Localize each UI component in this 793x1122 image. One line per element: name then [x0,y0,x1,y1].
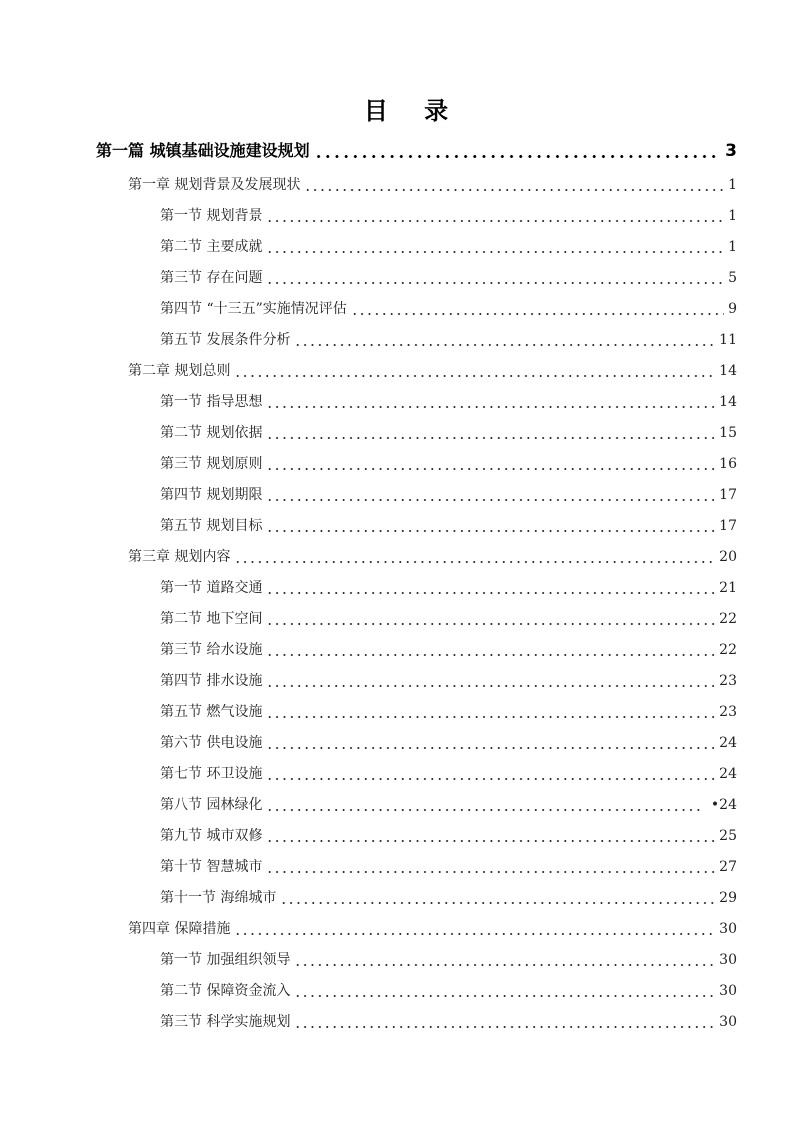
toc-entry-label: 第九节 城市双修 [160,825,264,847]
dot-leader [294,329,715,351]
toc-entry-page: 24 [719,763,737,785]
toc-entry-label: 第五节 燃气设施 [160,701,264,723]
toc-entry-label: 第三节 规划原则 [160,453,264,475]
toc-entry-page: 25 [719,825,737,847]
dot-leader [266,701,715,723]
toc-entry-label: 第二章 规划总则 [128,360,232,382]
toc-entry-label: 第三节 给水设施 [160,639,264,661]
toc-entry-page: 17 [719,515,737,537]
dot-leader [266,236,724,258]
toc-entry-page: 23 [719,670,737,692]
toc-entry-page: 23 [719,701,737,723]
toc-entry-section[interactable]: 第二节 地下空间 22 [160,600,737,630]
toc-entry-label: 第三节 科学实施规划 [160,1011,292,1033]
toc-entry-chapter[interactable]: 第四章 保障措施 30 [128,910,737,940]
toc-entry-label: 第二节 地下空间 [160,608,264,630]
toc-entry-section[interactable]: 第六节 供电设施 24 [160,724,737,754]
toc-entry-label: 第四节 排水设施 [160,670,264,692]
toc-entry-section[interactable]: 第二节 规划依据 15 [160,414,737,444]
dot-leader [266,825,715,847]
toc-entry-section[interactable]: 第一节 指导思想 14 [160,383,737,413]
toc-entry-section[interactable]: 第三节 给水设施 22 [160,631,737,661]
dot-leader [266,794,702,816]
toc-entry-label: 第十一节 海绵城市 [160,887,278,909]
toc-entry-page: 30 [719,1011,737,1033]
toc-entry-section[interactable]: 第五节 燃气设施 23 [160,693,737,723]
dot-leader [234,546,715,568]
toc-entry-label: 第五节 发展条件分析 [160,329,292,351]
dot-leader [294,949,715,971]
dot-leader [266,391,715,413]
toc-entry-label: 第一节 指导思想 [160,391,264,413]
dot-leader [314,140,722,162]
toc-entry-label: 第三章 规划内容 [128,546,232,568]
toc-entry-page: 9 [728,298,737,320]
toc-entry-section[interactable]: 第七节 环卫设施 24 [160,755,737,785]
dot-leader [266,453,715,475]
toc-entry-section[interactable]: 第二节 保障资金流入 30 [160,972,737,1002]
toc-entry-label: 第四节 规划期限 [160,484,264,506]
toc-entry-page: 27 [719,856,737,878]
toc-entry-label: 第三节 存在问题 [160,267,264,289]
toc-entry-page: 30 [719,949,737,971]
dot-leader [266,856,715,878]
toc-entry-page: 30 [719,980,737,1002]
toc-entry-label: 第一章 规划背景及发展现状 [128,174,302,196]
dot-leader [266,205,724,227]
dot-leader [266,422,715,444]
toc-entry-section[interactable]: 第二节 主要成就 1 [160,228,737,258]
toc-entry-label: 第二节 保障资金流入 [160,980,292,1002]
toc-entry-page: 14 [719,360,737,382]
dot-leader [234,918,715,940]
dot-leader [234,360,715,382]
dot-leader [294,980,715,1002]
toc-entry-page: •24 [711,794,737,816]
toc-entry-section[interactable]: 第一节 规划背景 1 [160,197,737,227]
toc-entry-page: 3 [725,140,737,162]
toc-entry-page: 5 [728,267,737,289]
toc-title: 目 录 [0,93,793,129]
toc-entry-page: 16 [719,453,737,475]
toc-entry-page: 22 [719,639,737,661]
toc-entry-chapter[interactable]: 第三章 规划内容 20 [128,538,737,568]
toc-entry-label: 第五节 规划目标 [160,515,264,537]
toc-entry-label: 第一节 规划背景 [160,205,264,227]
toc-entry-section[interactable]: 第十一节 海绵城市 29 [160,879,737,909]
toc-entry-section[interactable]: 第四节 “十三五”实施情况评估 9 [160,290,737,320]
toc-entry-section[interactable]: 第五节 规划目标 17 [160,507,737,537]
toc-entry-section[interactable]: 第八节 园林绿化 •24 [160,786,737,816]
toc-entry-label: 第十节 智慧城市 [160,856,264,878]
toc-entry-label: 第四节 “十三五”实施情况评估 [160,298,349,320]
toc-entry-section[interactable]: 第四节 规划期限 17 [160,476,737,506]
toc-entry-section[interactable]: 第五节 发展条件分析 11 [160,321,737,351]
toc-entry-section[interactable]: 第三节 存在问题 5 [160,259,737,289]
dot-leader [266,670,715,692]
toc-entry-page: 1 [728,174,737,196]
dot-leader [266,639,715,661]
dot-leader [266,515,715,537]
toc-entry-page: 11 [719,329,737,351]
toc-entry-label: 第二节 规划依据 [160,422,264,444]
toc-entry-section[interactable]: 第三节 规划原则 16 [160,445,737,475]
toc-entry-page: 24 [719,732,737,754]
dot-leader [266,608,715,630]
dot-leader [351,298,724,320]
toc-entry-page: 30 [719,918,737,940]
toc-entry-section[interactable]: 第一节 道路交通 21 [160,569,737,599]
toc-entry-part[interactable]: 第一篇 城镇基础设施建设规划 3 [96,132,737,162]
toc-entry-page: 20 [719,546,737,568]
toc-entry-label: 第一节 道路交通 [160,577,264,599]
toc-entry-page: 14 [719,391,737,413]
toc-entry-label: 第八节 园林绿化 [160,794,264,816]
toc-entry-section[interactable]: 第九节 城市双修 25 [160,817,737,847]
toc-entry-label: 第七节 环卫设施 [160,763,264,785]
toc-entry-section[interactable]: 第四节 排水设施 23 [160,662,737,692]
toc-entry-page: 15 [719,422,737,444]
toc-entry-label: 第六节 供电设施 [160,732,264,754]
toc-entry-page: 21 [719,577,737,599]
dot-leader [266,267,724,289]
dot-leader [266,732,715,754]
toc-entry-label: 第一节 加强组织领导 [160,949,292,971]
toc-entry-chapter[interactable]: 第二章 规划总则 14 [128,352,737,382]
toc-entry-page: 22 [719,608,737,630]
toc-entry-label: 第二节 主要成就 [160,236,264,258]
dot-leader [266,484,715,506]
dot-leader [266,763,715,785]
toc-entry-page: 1 [728,205,737,227]
dot-leader [280,887,715,909]
toc-entry-section[interactable]: 第十节 智慧城市 27 [160,848,737,878]
toc-entry-label: 第一篇 城镇基础设施建设规划 [96,140,312,162]
toc-entry-chapter[interactable]: 第一章 规划背景及发展现状 1 [128,166,737,196]
toc-entry-label: 第四章 保障措施 [128,918,232,940]
toc-entry-section[interactable]: 第一节 加强组织领导 30 [160,941,737,971]
dot-leader [266,577,715,599]
toc-entry-page: 1 [728,236,737,258]
dot-leader [294,1011,715,1033]
toc-entry-section[interactable]: 第三节 科学实施规划 30 [160,1003,737,1033]
dot-leader [304,174,724,196]
toc-entry-page: 29 [719,887,737,909]
document-page: 目 录 第一篇 城镇基础设施建设规划 3 第一章 规划背景及发展现状 1 第一节… [0,0,793,1122]
toc-entry-page: 17 [719,484,737,506]
